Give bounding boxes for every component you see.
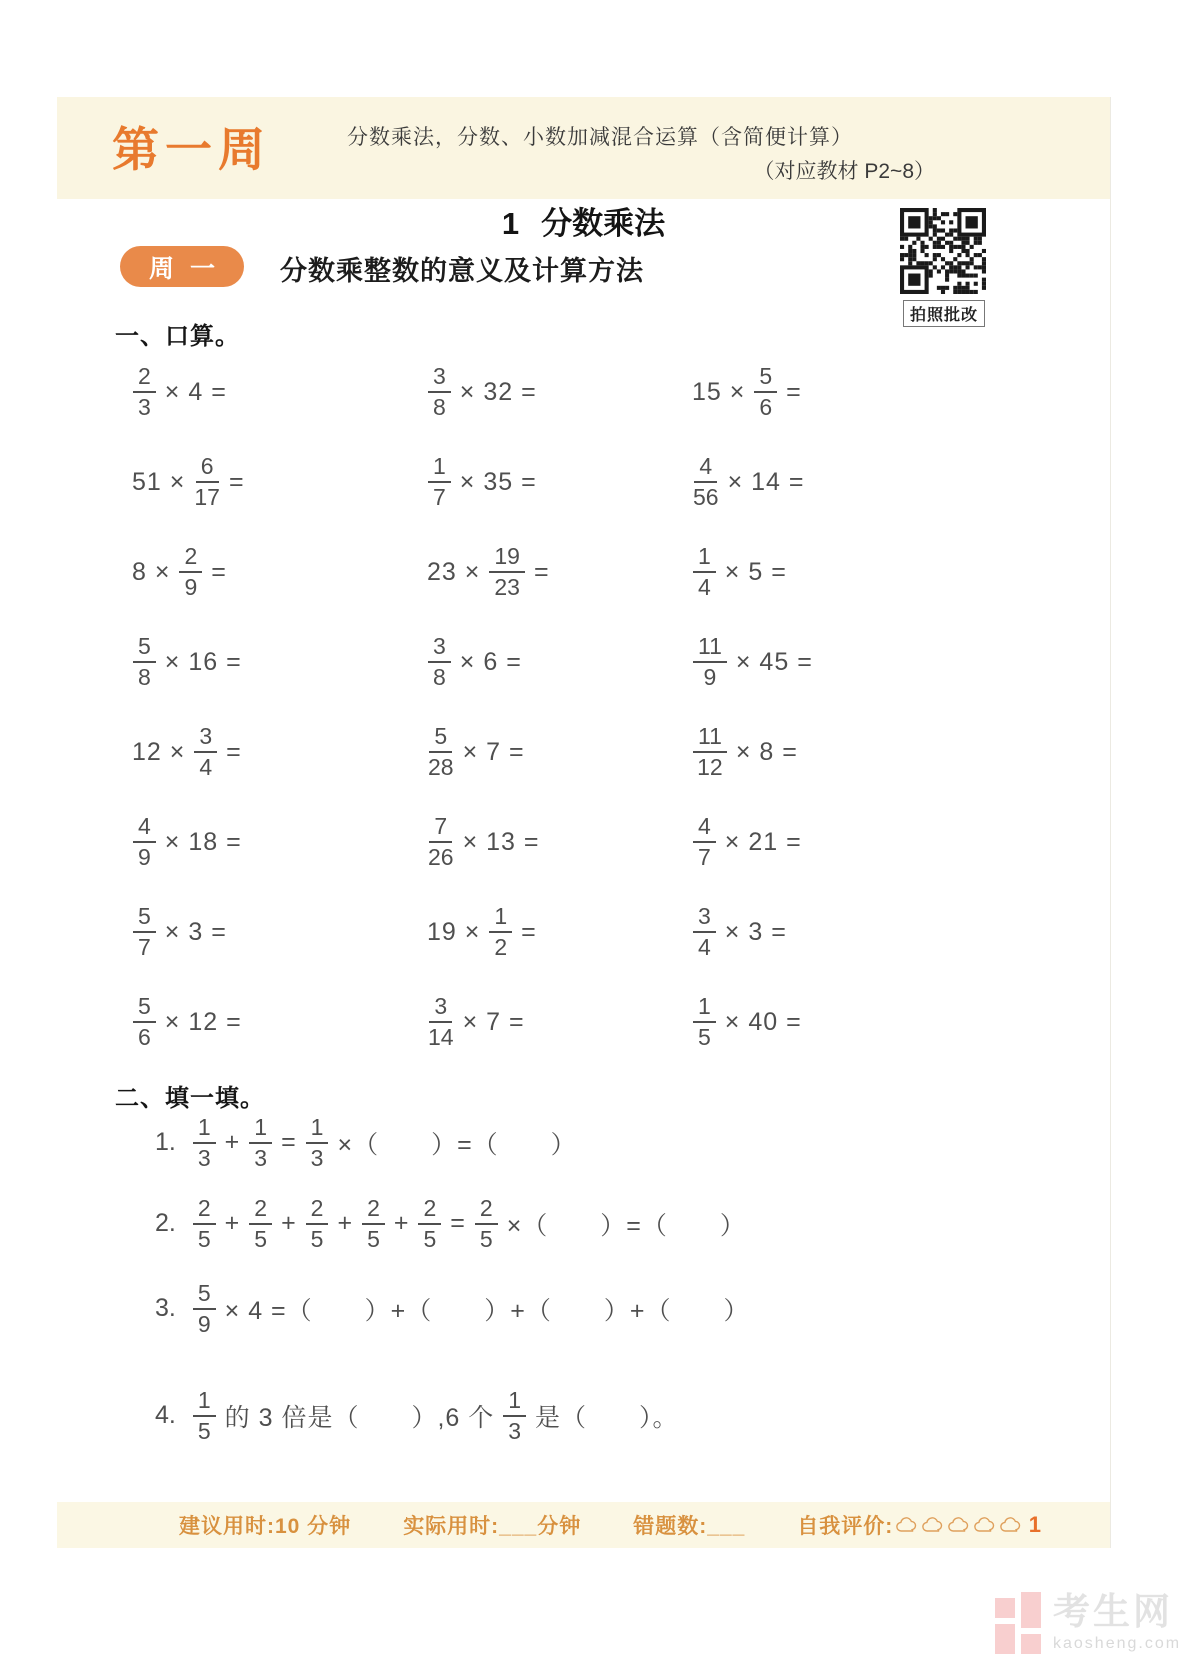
oral-problem: 49× 18 =	[128, 814, 423, 870]
textbook-reference: （对应教材 P2~8）	[754, 155, 935, 185]
numerator: 11	[693, 634, 727, 663]
oral-problem: 47× 21 =	[688, 814, 988, 870]
qr-caption: 拍照批改	[903, 300, 985, 327]
numerator: 2	[249, 1196, 272, 1225]
fraction: 57	[133, 904, 156, 960]
numerator: 4	[133, 814, 156, 843]
section-heading-oral: 一、口算。	[115, 316, 240, 351]
numerator: 5	[133, 634, 156, 663]
fraction: 17	[428, 454, 451, 510]
math-text: +	[281, 1209, 297, 1238]
oral-problem: 15 ×56=	[688, 364, 988, 420]
numerator: 2	[418, 1196, 441, 1225]
fraction: 38	[428, 364, 451, 420]
denominator: 2	[494, 933, 507, 960]
oral-problem: 57× 3 =	[128, 904, 423, 960]
oral-grid: 23× 4 =38× 32 =15 ×56=51 ×617=17× 35 =45…	[128, 347, 1068, 1067]
numerator: 3	[428, 364, 451, 393]
fraction: 13	[306, 1115, 329, 1171]
denominator: 56	[693, 483, 719, 510]
fraction: 23	[133, 364, 156, 420]
denominator: 6	[759, 393, 772, 420]
denominator: 5	[254, 1225, 267, 1252]
math-text: × 6 =	[460, 648, 522, 677]
oral-problem: 119× 45 =	[688, 634, 988, 690]
denominator: 8	[433, 663, 446, 690]
fraction: 58	[133, 634, 156, 690]
numerator: 2	[362, 1196, 385, 1225]
oral-problem: 19 ×12=	[423, 904, 688, 960]
watermark-name: 考生网	[1053, 1592, 1173, 1633]
worksheet-page: 第一周 分数乘法，分数、小数加减混合运算（含简便计算） （对应教材 P2~8） …	[0, 0, 1182, 1674]
fraction: 25	[418, 1196, 441, 1252]
oral-problem: 528× 7 =	[423, 724, 688, 780]
fraction: 38	[428, 634, 451, 690]
math-text: ×（ ）=（ ）	[337, 1125, 576, 1161]
fraction: 25	[306, 1196, 329, 1252]
math-text: × 4 =	[165, 378, 227, 407]
wrong-count: 错题数:___	[633, 1510, 745, 1540]
numerator: 2	[475, 1196, 498, 1225]
math-text: × 35 =	[460, 468, 537, 497]
numerator: 2	[193, 1196, 216, 1225]
fraction: 29	[179, 544, 202, 600]
denominator: 3	[138, 393, 151, 420]
oral-problem: 15× 40 =	[688, 994, 988, 1050]
math-text: × 7 =	[463, 738, 525, 767]
denominator: 9	[138, 843, 151, 870]
numerator: 2	[306, 1196, 329, 1225]
watermark-domain: kaosheng.com	[1053, 1635, 1181, 1653]
math-text: +	[225, 1128, 241, 1157]
fraction: 25	[193, 1196, 216, 1252]
math-text: × 3 =	[165, 918, 227, 947]
numerator: 1	[503, 1388, 526, 1417]
denominator: 12	[697, 753, 723, 780]
fill-item: 4.15的 3 倍是（ ）,6 个13是（ ）。	[155, 1388, 683, 1444]
denominator: 5	[198, 1417, 211, 1444]
fill-item: 2.25+25+25+25+25=25×（ ）=（ ）	[155, 1196, 750, 1252]
item-number: 3.	[155, 1294, 176, 1323]
numerator: 1	[693, 994, 716, 1023]
math-text: +	[337, 1209, 353, 1238]
denominator: 28	[428, 753, 454, 780]
chapter-title: 分数乘法	[541, 206, 665, 241]
numerator: 6	[196, 454, 219, 483]
footer-band: 建议用时:10 分钟 实际用时:___分钟 错题数:___ 自我评价: 1	[57, 1502, 1110, 1548]
math-text: × 18 =	[165, 828, 242, 857]
numerator: 1	[428, 454, 451, 483]
denominator: 3	[254, 1144, 267, 1171]
math-text: +	[394, 1209, 410, 1238]
oral-problem: 34× 3 =	[688, 904, 988, 960]
denominator: 9	[198, 1310, 211, 1337]
math-text: 8 ×	[132, 558, 170, 587]
denominator: 23	[494, 573, 520, 600]
oral-problem: 23 ×1923=	[423, 544, 688, 600]
denominator: 5	[311, 1225, 324, 1252]
oral-problem: 38× 32 =	[423, 364, 688, 420]
day-badge: 周一	[120, 246, 244, 287]
page-number: 1	[1029, 1512, 1042, 1538]
math-text: 12 ×	[132, 738, 185, 767]
math-text: × 13 =	[463, 828, 540, 857]
numerator: 1	[693, 544, 716, 573]
watermark-logo-icon	[995, 1592, 1045, 1662]
fraction: 34	[194, 724, 217, 780]
chapter-number: 1	[502, 206, 519, 241]
week-label: 第一周	[112, 113, 271, 180]
fraction: 1112	[693, 724, 727, 780]
oral-problem: 51 ×617=	[128, 454, 423, 510]
denominator: 9	[704, 663, 717, 690]
numerator: 5	[429, 724, 452, 753]
fraction: 34	[693, 904, 716, 960]
numerator: 5	[754, 364, 777, 393]
item-number: 2.	[155, 1209, 176, 1238]
denominator: 3	[198, 1144, 211, 1171]
fill-item: 3.59× 4 =（ ）+（ ）+（ ）+（ ）	[155, 1281, 753, 1337]
math-text: 19 ×	[427, 918, 480, 947]
self-eval-label: 自我评价:	[797, 1510, 893, 1540]
denominator: 17	[194, 483, 220, 510]
math-text: × 32 =	[460, 378, 537, 407]
fraction: 59	[193, 1281, 216, 1337]
fraction: 49	[133, 814, 156, 870]
fraction: 13	[249, 1115, 272, 1171]
denominator: 8	[433, 393, 446, 420]
math-text: 23 ×	[427, 558, 480, 587]
fraction: 25	[475, 1196, 498, 1252]
denominator: 9	[184, 573, 197, 600]
header-topic: 分数乘法，分数、小数加减混合运算（含简便计算）	[347, 121, 853, 151]
math-text: =	[521, 918, 537, 947]
fraction: 56	[133, 994, 156, 1050]
math-text: × 45 =	[736, 648, 813, 677]
math-text: 15 ×	[692, 378, 745, 407]
fraction: 14	[693, 544, 716, 600]
denominator: 7	[433, 483, 446, 510]
numerator: 7	[429, 814, 452, 843]
denominator: 26	[428, 843, 454, 870]
numerator: 1	[306, 1115, 329, 1144]
numerator: 4	[693, 814, 716, 843]
numerator: 1	[489, 904, 512, 933]
item-number: 1.	[155, 1128, 176, 1157]
math-text: =	[450, 1209, 466, 1238]
cloud-icon	[895, 1516, 919, 1534]
math-text: =	[281, 1128, 297, 1157]
numerator: 1	[249, 1115, 272, 1144]
math-text: ×（ ）=（ ）	[507, 1206, 746, 1242]
math-text: =	[211, 558, 227, 587]
numerator: 5	[193, 1281, 216, 1310]
fill-item: 1.13+13=13×（ ）=（ ）	[155, 1115, 581, 1171]
denominator: 7	[698, 843, 711, 870]
oral-problem: 17× 35 =	[423, 454, 688, 510]
math-text: × 8 =	[736, 738, 798, 767]
paper-edge	[1110, 97, 1111, 1548]
numerator: 3	[194, 724, 217, 753]
math-text: × 7 =	[463, 1008, 525, 1037]
numerator: 5	[133, 904, 156, 933]
fraction: 314	[428, 994, 454, 1050]
fraction: 47	[693, 814, 716, 870]
math-text: =	[229, 468, 245, 497]
lesson-subtitle: 分数乘整数的意义及计算方法	[280, 249, 644, 288]
cloud-icon	[999, 1516, 1023, 1534]
math-text: × 40 =	[725, 1008, 802, 1037]
fraction: 25	[249, 1196, 272, 1252]
fraction: 456	[693, 454, 719, 510]
cloud-icon	[921, 1516, 945, 1534]
denominator: 14	[428, 1023, 454, 1050]
math-text: × 5 =	[725, 558, 787, 587]
denominator: 3	[508, 1417, 521, 1444]
fraction: 528	[428, 724, 454, 780]
denominator: 5	[480, 1225, 493, 1252]
numerator: 3	[429, 994, 452, 1023]
denominator: 7	[138, 933, 151, 960]
oral-problem: 8 ×29=	[128, 544, 423, 600]
fraction: 726	[428, 814, 454, 870]
fraction: 15	[693, 994, 716, 1050]
denominator: 5	[198, 1225, 211, 1252]
numerator: 3	[693, 904, 716, 933]
denominator: 4	[698, 933, 711, 960]
oral-problem: 56× 12 =	[128, 994, 423, 1050]
numerator: 4	[694, 454, 717, 483]
math-text: =	[534, 558, 550, 587]
oral-problem: 14× 5 =	[688, 544, 988, 600]
oral-problem: 314× 7 =	[423, 994, 688, 1050]
actual-time: 实际用时:___分钟	[403, 1510, 581, 1540]
oral-problem: 23× 4 =	[128, 364, 423, 420]
qr-block: 拍照批改	[900, 208, 988, 327]
suggested-time: 建议用时:10 分钟	[179, 1510, 351, 1540]
qr-code	[900, 208, 986, 294]
item-number: 4.	[155, 1401, 176, 1430]
math-text: =	[226, 738, 242, 767]
fraction: 119	[693, 634, 727, 690]
header-band: 第一周 分数乘法，分数、小数加减混合运算（含简便计算） （对应教材 P2~8）	[57, 97, 1110, 199]
section-heading-fill: 二、填一填。	[115, 1078, 265, 1113]
fraction: 13	[503, 1388, 526, 1444]
math-text: × 16 =	[165, 648, 242, 677]
numerator: 1	[193, 1115, 216, 1144]
oral-problem: 726× 13 =	[423, 814, 688, 870]
numerator: 5	[133, 994, 156, 1023]
denominator: 6	[138, 1023, 151, 1050]
denominator: 5	[423, 1225, 436, 1252]
numerator: 2	[179, 544, 202, 573]
oral-problem: 38× 6 =	[423, 634, 688, 690]
numerator: 1	[193, 1388, 216, 1417]
fraction: 15	[193, 1388, 216, 1444]
denominator: 4	[199, 753, 212, 780]
denominator: 4	[698, 573, 711, 600]
numerator: 19	[489, 544, 525, 573]
fraction: 12	[489, 904, 512, 960]
cloud-icon	[947, 1516, 971, 1534]
math-text: =	[786, 378, 802, 407]
math-text: × 3 =	[725, 918, 787, 947]
oral-problem: 12 ×34=	[128, 724, 423, 780]
math-text: × 4 =（ ）+（ ）+（ ）+（ ）	[225, 1291, 750, 1327]
fraction: 13	[193, 1115, 216, 1171]
denominator: 5	[367, 1225, 380, 1252]
oral-problem: 1112× 8 =	[688, 724, 988, 780]
math-text: +	[225, 1209, 241, 1238]
fraction: 617	[194, 454, 220, 510]
math-text: 51 ×	[132, 468, 185, 497]
denominator: 5	[698, 1023, 711, 1050]
watermark: 考生网 kaosheng.com	[995, 1592, 1181, 1662]
oral-problem: 456× 14 =	[688, 454, 988, 510]
denominator: 3	[311, 1144, 324, 1171]
math-text: × 14 =	[728, 468, 805, 497]
math-text: 是（ ）。	[535, 1398, 679, 1434]
math-text: 的 3 倍是（ ）,6 个	[225, 1398, 495, 1434]
fraction: 1923	[489, 544, 525, 600]
numerator: 2	[133, 364, 156, 393]
denominator: 8	[138, 663, 151, 690]
oral-problem: 58× 16 =	[128, 634, 423, 690]
math-text: × 21 =	[725, 828, 802, 857]
rating-icons	[895, 1516, 1023, 1534]
cloud-icon	[973, 1516, 997, 1534]
numerator: 11	[693, 724, 727, 753]
fraction: 56	[754, 364, 777, 420]
math-text: × 12 =	[165, 1008, 242, 1037]
numerator: 3	[428, 634, 451, 663]
fraction: 25	[362, 1196, 385, 1252]
